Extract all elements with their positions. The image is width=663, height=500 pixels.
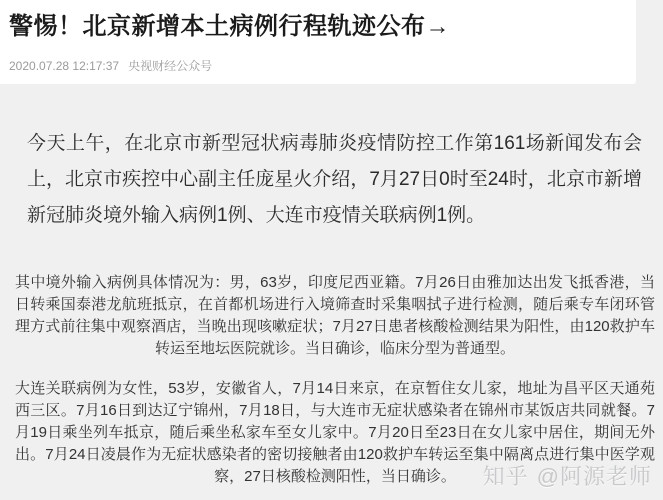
lead-paragraph: 今天上午，在北京市新型冠状病毒肺炎疫情防控工作第161场新闻发布会上，北京市疾控… — [27, 126, 642, 234]
publish-timestamp: 2020.07.28 12:17:37 — [9, 59, 119, 73]
article-meta-row: 2020.07.28 12:17:37 央视财经公众号 — [9, 57, 636, 74]
source-account-label: 央视财经公众号 — [128, 57, 212, 74]
watermark-site-label: 知乎 — [483, 464, 529, 489]
watermark-author-label: @阿源老师 — [537, 464, 652, 489]
page-title: 警惕！北京新增本土病例行程轨迹公布→ — [9, 10, 636, 44]
watermark: 知乎@阿源老师 — [483, 460, 652, 491]
article-header-card: 警惕！北京新增本土病例行程轨迹公布→ 2020.07.28 12:17:37 央… — [0, 0, 636, 84]
case-detail-paragraph-imported: 其中境外输入病例具体情况为：男，63岁，印度尼西亚籍。7月26日由雅加达出发飞抵… — [15, 272, 655, 360]
